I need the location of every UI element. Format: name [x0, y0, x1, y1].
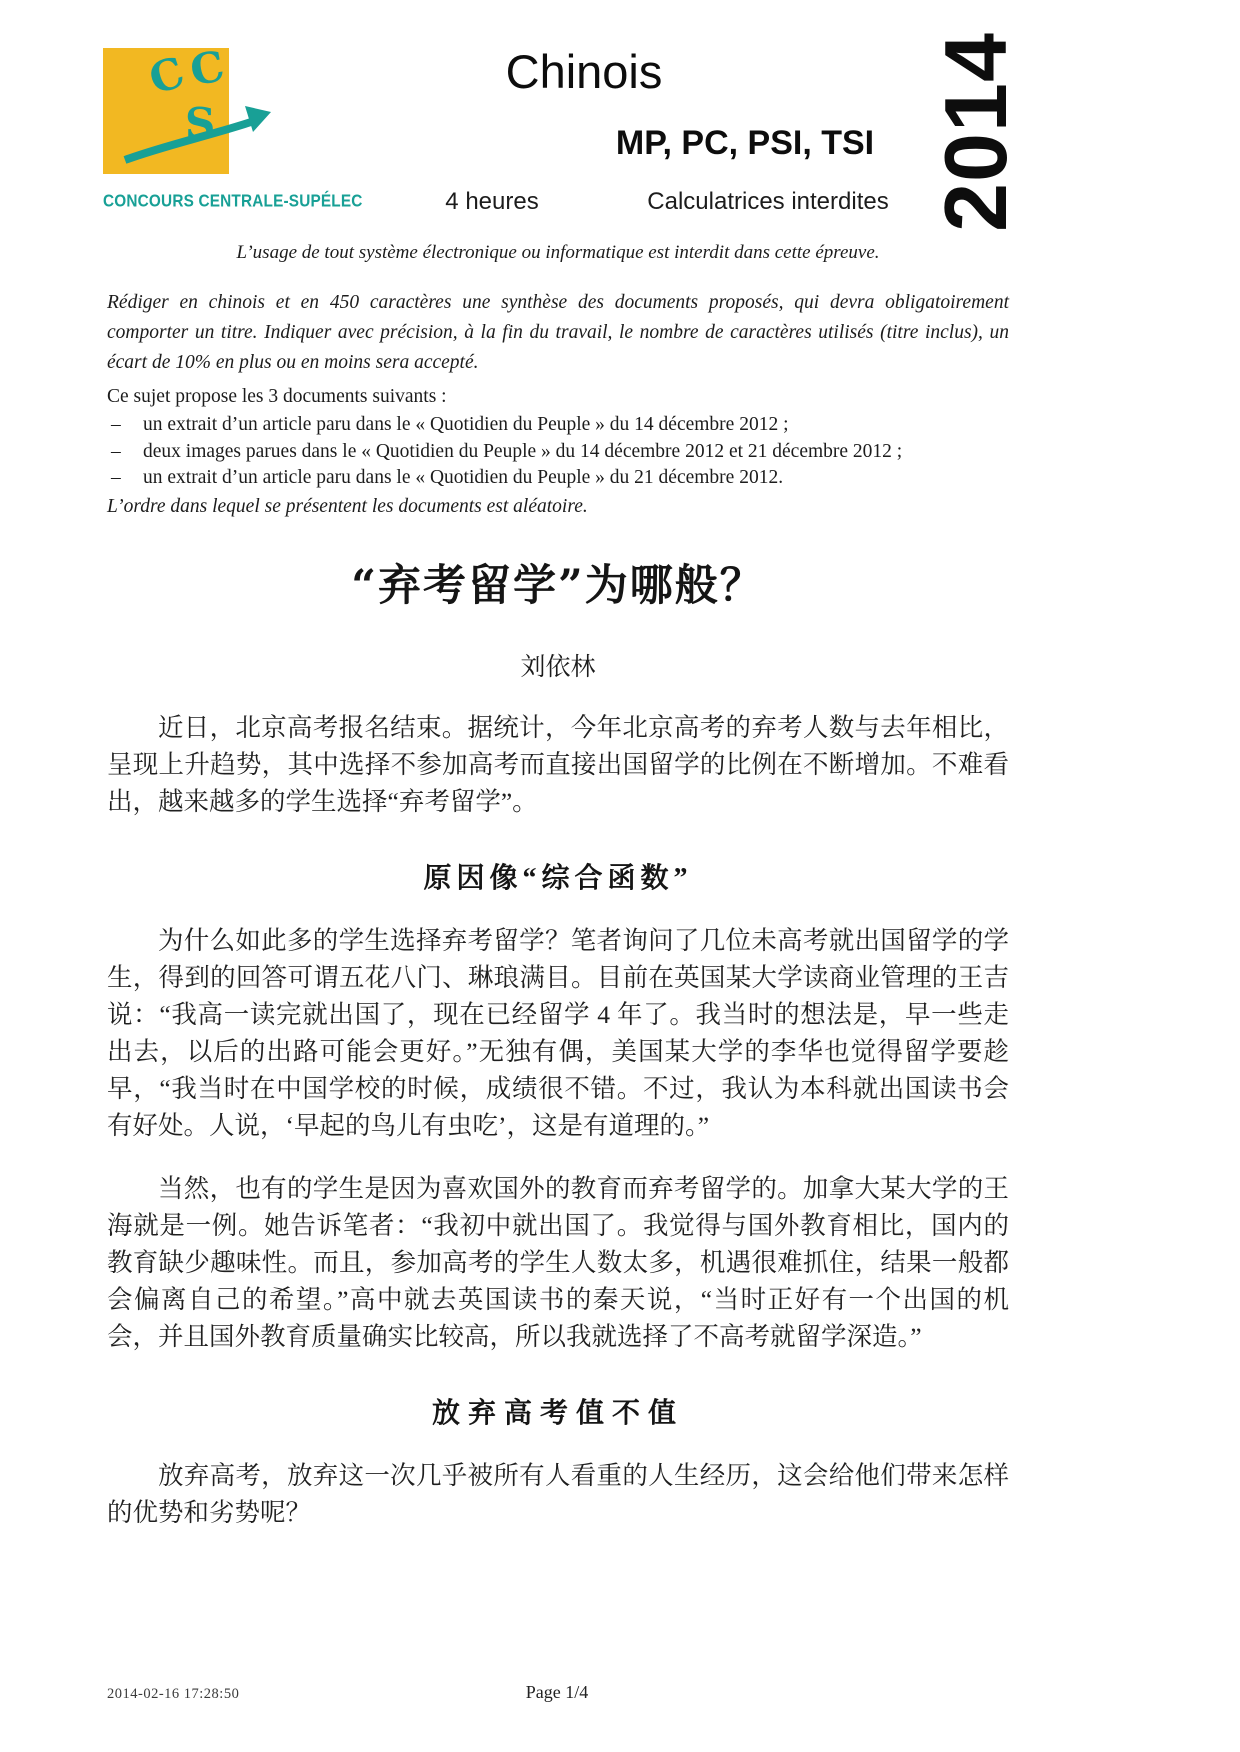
dash-bullet: – — [111, 412, 129, 438]
calculators-label: Calculatrices interdites — [647, 188, 888, 216]
document-item-text: un extrait d’un article paru dans le « Q… — [143, 465, 783, 491]
ccs-logo-icon: C C S — [103, 40, 293, 180]
article-paragraph-2: 为什么如此多的学生选择弃考留学？笔者询问了几位未高考就出国留学的学生，得到的回答… — [107, 922, 1009, 1144]
document-item-text: un extrait d’un article paru dans le « Q… — [143, 412, 789, 438]
page-header: C C S CONCOURS CENTRALE-SUPÉLEC Chinois … — [0, 0, 1240, 235]
document-item-text: deux images parues dans le « Quotidien d… — [143, 439, 902, 465]
electronics-notice: L’usage de tout système électronique ou … — [107, 240, 1009, 266]
dash-bullet: – — [111, 465, 129, 491]
year-box: 2014 — [928, 34, 1024, 230]
article-paragraph-1: 近日，北京高考报名结束。据统计，今年北京高考的弃考人数与去年相比，呈现上升趋势，… — [107, 709, 1009, 820]
documents-intro: Ce sujet propose les 3 documents suivant… — [107, 384, 1009, 410]
section-heading-1: 原因像“综合函数” — [107, 856, 1009, 896]
exam-page: C C S CONCOURS CENTRALE-SUPÉLEC Chinois … — [0, 0, 1240, 1752]
logo-caption: CONCOURS CENTRALE-SUPÉLEC — [103, 192, 345, 212]
list-item: – un extrait d’un article paru dans le «… — [107, 465, 1009, 491]
dash-bullet: – — [111, 439, 129, 465]
duration-label: 4 heures — [445, 188, 538, 216]
instructions-paragraph: Rédiger en chinois et en 450 caractères … — [107, 288, 1009, 378]
year-label: 2014 — [925, 32, 1027, 232]
list-item: – deux images parues dans le « Quotidien… — [107, 439, 1009, 465]
documents-list: – un extrait d’un article paru dans le «… — [107, 412, 1009, 491]
section-heading-2: 放弃高考值不值 — [107, 1391, 1009, 1431]
article-paragraph-3: 当然，也有的学生是因为喜欢国外的教育而弃考留学的。加拿大某大学的王海就是一例。她… — [107, 1170, 1009, 1355]
tracks-line: MP, PC, PSI, TSI — [616, 124, 874, 163]
footer-page-number: Page 1/4 — [526, 1682, 589, 1703]
page-content: L’usage de tout système électronique ou … — [107, 240, 1009, 1531]
article-title: “弃考留学”为哪般？ — [107, 552, 1009, 613]
article-author: 刘依林 — [107, 647, 1009, 683]
list-item: – un extrait d’un article paru dans le «… — [107, 412, 1009, 438]
article-paragraph-4: 放弃高考，放弃这一次几乎被所有人看重的人生经历，这会给他们带来怎样的优势和劣势呢… — [107, 1457, 1009, 1531]
order-note: L’ordre dans lequel se présentent les do… — [107, 494, 1009, 520]
footer-timestamp: 2014-02-16 17:28:50 — [107, 1686, 239, 1703]
subject-title: Chinois — [506, 44, 663, 99]
ccs-logo: C C S — [103, 40, 293, 180]
